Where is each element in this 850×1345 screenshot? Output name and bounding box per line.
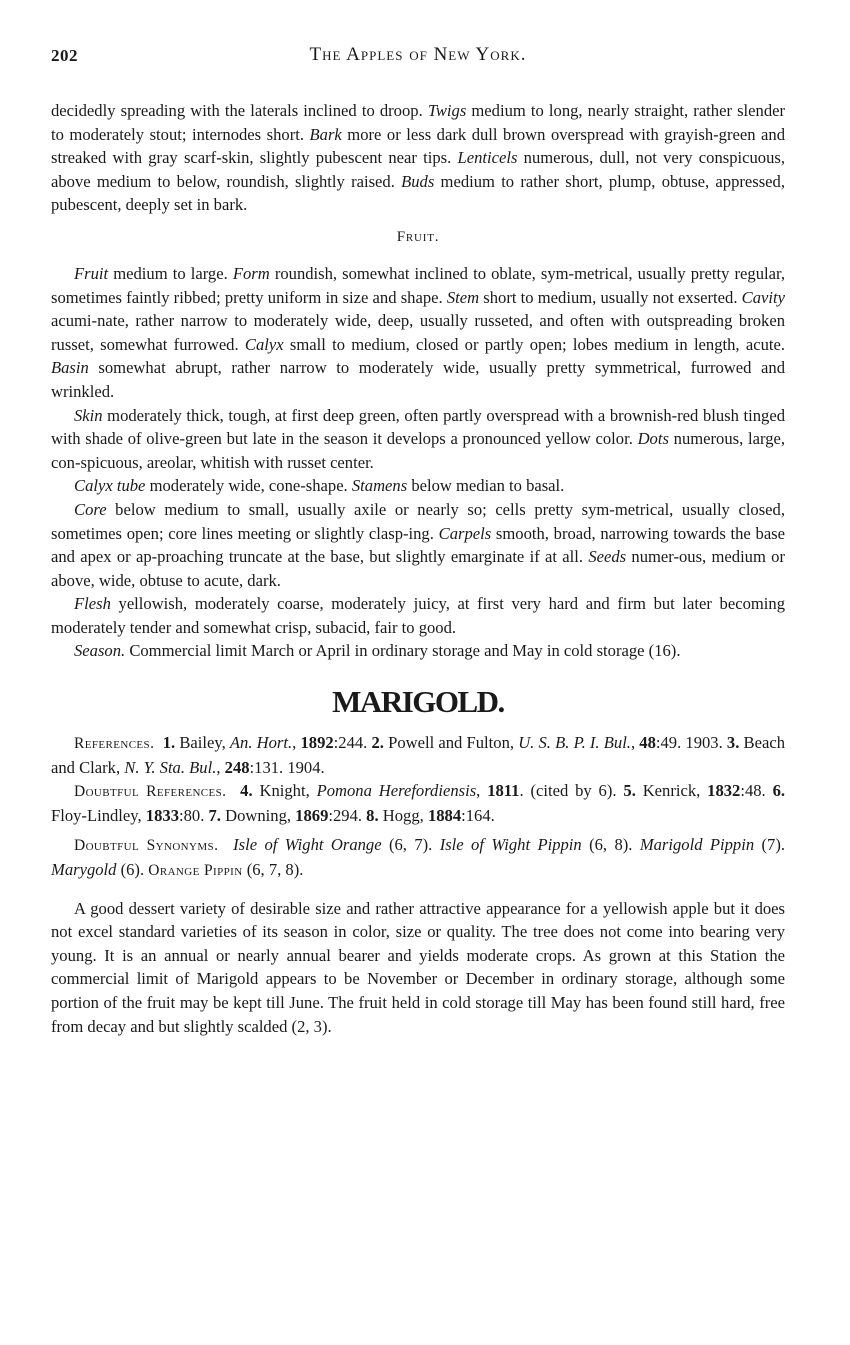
doubtful-references-label: Doubtful References.	[74, 783, 226, 800]
synonym-refs: (6, 7, 8).	[243, 860, 304, 879]
term-core: Core	[74, 500, 107, 519]
text: :164.	[461, 806, 495, 825]
text: . (cited by 6).	[519, 781, 623, 800]
term-bark: Bark	[310, 125, 342, 144]
text: :80.	[179, 806, 209, 825]
references-paragraph: References. 1. Bailey, An. Hort., 1892:2…	[51, 731, 785, 779]
text: short to medium, usually not exserted.	[479, 288, 742, 307]
term-seeds: Seeds	[588, 547, 626, 566]
season-paragraph: Season. Commercial limit March or April …	[51, 639, 785, 663]
synonym: Isle of Wight Pippin	[440, 835, 582, 854]
text: decidedly spreading with the laterals in…	[51, 101, 428, 120]
ref-number: 8.	[366, 806, 378, 825]
ref-volume: 248	[225, 758, 250, 777]
book-title: The Apples of New York.	[51, 44, 785, 66]
ref-year: 1892	[300, 733, 333, 752]
synonym: Orange Pippin	[148, 862, 242, 879]
text: Knight,	[253, 781, 317, 800]
term-lenticels: Lenticels	[458, 148, 518, 167]
ref-number: 6.	[773, 781, 785, 800]
term-basin: Basin	[51, 358, 89, 377]
ref-year: 1811	[487, 781, 519, 800]
term-carpels: Carpels	[439, 524, 492, 543]
term-fruit: Fruit	[74, 264, 108, 283]
synonym: Marygold	[51, 860, 116, 879]
core-paragraph: Core below medium to small, usually axil…	[51, 498, 785, 592]
section-heading-fruit: Fruit.	[51, 229, 785, 246]
ref-number: 7.	[209, 806, 221, 825]
term-buds: Buds	[401, 172, 434, 191]
ref-year: 1884	[428, 806, 461, 825]
ref-number: 3.	[727, 733, 739, 752]
doubtful-references-paragraph: Doubtful References. 4. Knight, Pomona H…	[51, 779, 785, 827]
references-label: References.	[74, 735, 154, 752]
term-cavity: Cavity	[742, 288, 785, 307]
term-skin: Skin	[74, 406, 103, 425]
flesh-paragraph: Flesh yellowish, moderately coarse, mode…	[51, 592, 785, 639]
tree-description-paragraph: decidedly spreading with the laterals in…	[51, 99, 785, 217]
text: Commercial limit March or April in ordin…	[125, 641, 680, 660]
term-form: Form	[233, 264, 270, 283]
text: Floy-Lindley,	[51, 806, 146, 825]
text: ,	[476, 781, 487, 800]
synonym-refs: (6, 7).	[382, 835, 440, 854]
text: :131. 1904.	[250, 758, 325, 777]
text: Hogg,	[379, 806, 428, 825]
ref-publication: An. Hort.	[230, 733, 292, 752]
term-stamens: Stamens	[352, 476, 407, 495]
text: ,	[216, 758, 224, 777]
text: somewhat abrupt, rather narrow to modera…	[51, 358, 785, 401]
text: :48.	[740, 781, 772, 800]
ref-publication: U. S. B. P. I. Bul.	[518, 733, 631, 752]
ref-year: 1869	[295, 806, 328, 825]
calyx-tube-paragraph: Calyx tube moderately wide, cone-shape. …	[51, 474, 785, 498]
skin-paragraph: Skin moderately thick, tough, at first d…	[51, 404, 785, 475]
running-head: 202 The Apples of New York.	[51, 40, 785, 72]
doubtful-synonyms-paragraph: Doubtful Synonyms. Isle of Wight Orange …	[51, 833, 785, 882]
text: Downing,	[221, 806, 295, 825]
ref-number: 5.	[623, 781, 635, 800]
fruit-paragraph: Fruit medium to large. Form roundish, so…	[51, 262, 785, 404]
text: Bailey,	[175, 733, 230, 752]
variety-description-paragraph: A good dessert variety of desirable size…	[51, 897, 785, 1039]
ref-number: 2.	[372, 733, 384, 752]
ref-publication: Pomona Herefordiensis	[317, 781, 477, 800]
term-twigs: Twigs	[428, 101, 466, 120]
term-flesh: Flesh	[74, 594, 111, 613]
term-calyx-tube: Calyx tube	[74, 476, 145, 495]
text: yellowish, moderately coarse, moderately…	[51, 594, 785, 637]
text: :49. 1903.	[656, 733, 727, 752]
ref-number: 4.	[240, 781, 252, 800]
book-page: 202 The Apples of New York. decidedly sp…	[51, 40, 785, 1038]
synonym: Marigold Pippin	[640, 835, 754, 854]
synonym-refs: (7).	[754, 835, 785, 854]
ref-publication: N. Y. Sta. Bul.	[124, 758, 216, 777]
ref-year: 1833	[146, 806, 179, 825]
ref-volume: 48	[639, 733, 656, 752]
text: below median to basal.	[407, 476, 564, 495]
synonym-refs: (6).	[116, 860, 148, 879]
variety-title: MARIGOLD.	[51, 684, 785, 720]
text: medium to large.	[108, 264, 233, 283]
text: small to medium, closed or partly open; …	[284, 335, 785, 354]
text: :244.	[334, 733, 372, 752]
term-dots: Dots	[638, 429, 669, 448]
ref-number: 1.	[163, 733, 175, 752]
text: Powell and Fulton,	[384, 733, 518, 752]
term-season: Season.	[74, 641, 125, 660]
term-calyx: Calyx	[245, 335, 284, 354]
synonym: Isle of Wight Orange	[233, 835, 381, 854]
term-stem: Stem	[447, 288, 479, 307]
text: :294.	[328, 806, 366, 825]
text: moderately wide, cone-shape.	[145, 476, 351, 495]
text: Kenrick,	[636, 781, 707, 800]
ref-year: 1832	[707, 781, 740, 800]
doubtful-synonyms-label: Doubtful Synonyms.	[74, 837, 218, 854]
synonym-refs: (6, 8).	[582, 835, 640, 854]
